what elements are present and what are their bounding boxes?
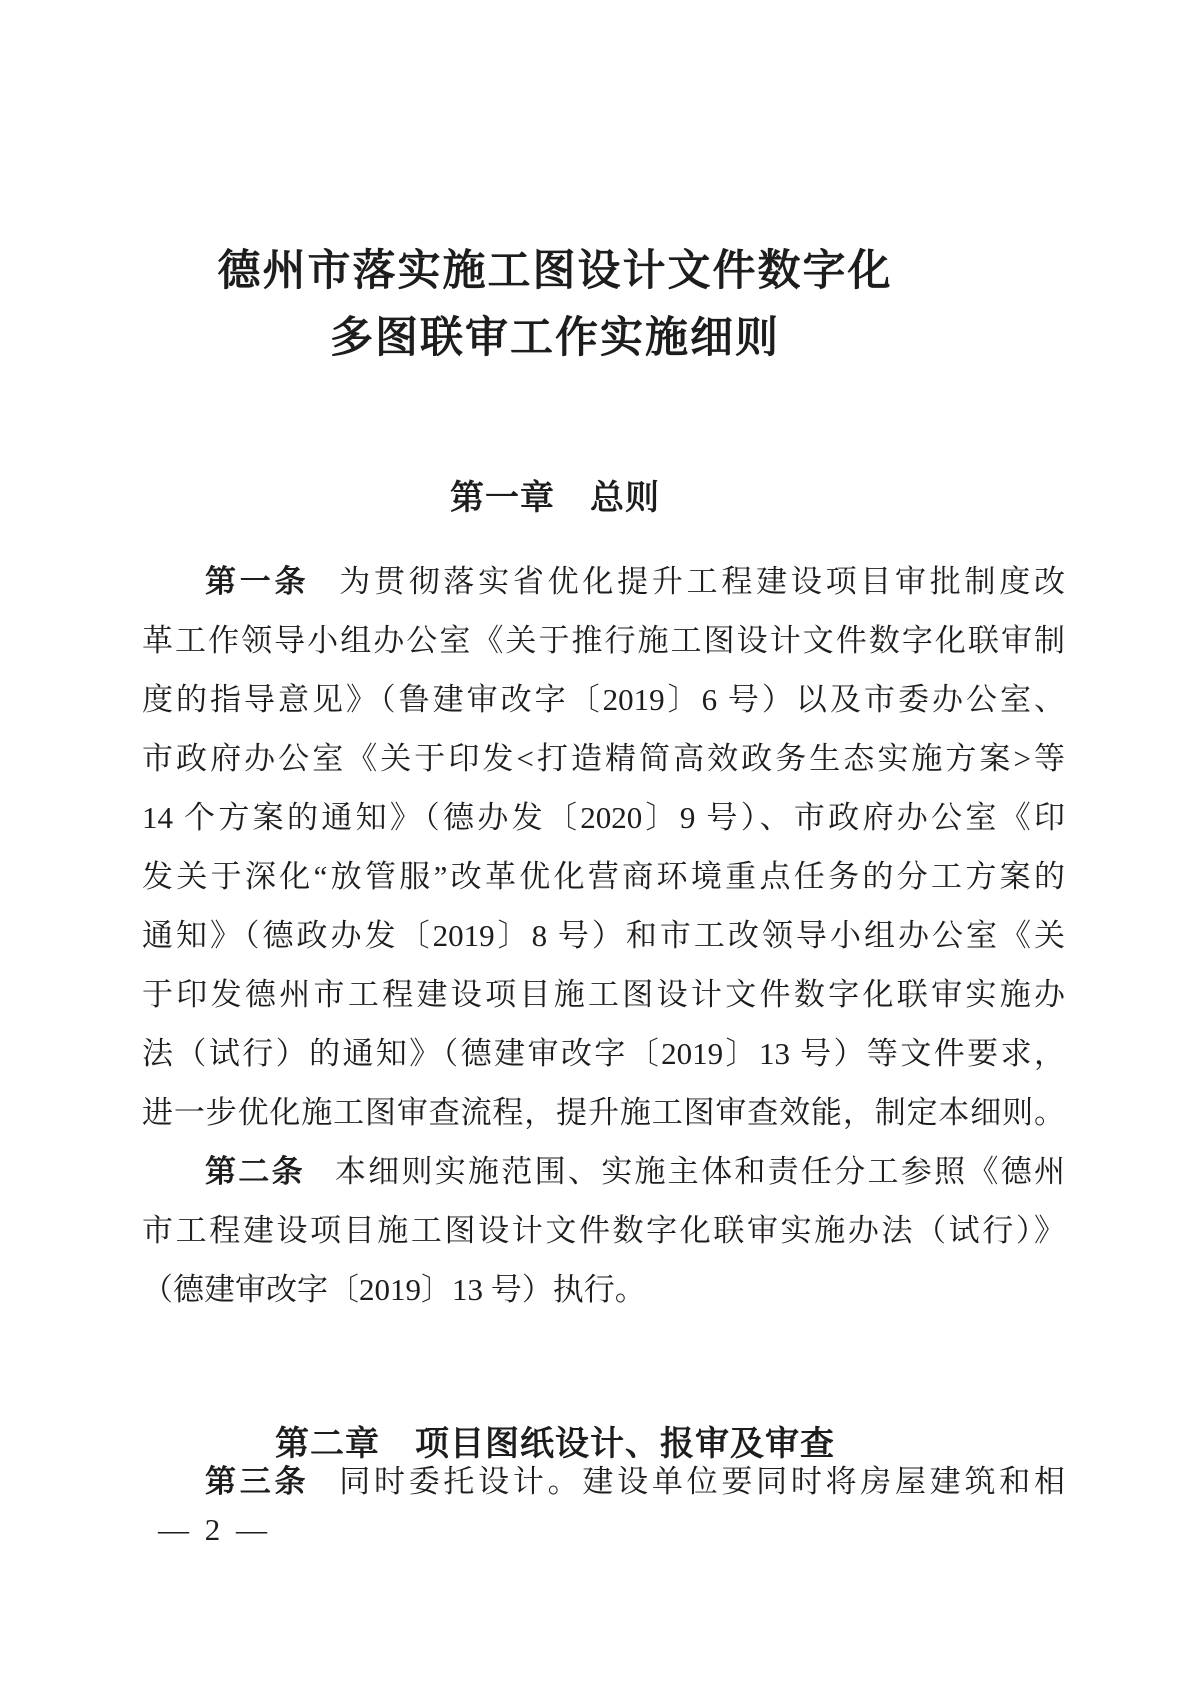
body-line-text: 于印发德州市工程建设项目施工图设计文件数字化联审实施办 (142, 977, 1065, 1012)
page-number: — 2 — (158, 1512, 271, 1548)
body-line-text: 本细则实施范围、实施主体和责任分工参照《德州 (335, 1154, 1065, 1189)
body-line-text: 进一步优化施工图审查流程，提升施工图审查效能，制定本细则。 (142, 1095, 1065, 1130)
body-line: 通知》（德政办发〔2019〕8 号）和市工改领导小组办公室《关 (142, 906, 1065, 965)
article-1-label: 第一条 (205, 564, 309, 599)
body-line-text: （德建审改字〔2019〕13 号）执行。 (142, 1272, 646, 1307)
body-line-text: 市工程建设项目施工图设计文件数字化联审实施办法（试行）》 (142, 1213, 1065, 1248)
body-line-text: 市政府办公室《关于印发<打造精简高效政务生态实施方案>等 (142, 741, 1065, 776)
body-line: 发关于深化“放管服”改革优化营商环境重点任务的分工方案的 (142, 847, 1065, 906)
article-2-label: 第二条 (205, 1154, 305, 1189)
body-line: 度的指导意见》（鲁建审改字〔2019〕6 号）以及市委办公室、 (142, 670, 1065, 729)
body-line-text: 度的指导意见》（鲁建审改字〔2019〕6 号）以及市委办公室、 (142, 682, 1065, 717)
document-title-line-2: 多图联审工作实施细则 (0, 305, 1110, 372)
body-line-text: 同时委托设计。建设单位要同时将房屋建筑和相 (339, 1464, 1065, 1499)
document-title: 德州市落实施工图设计文件数字化 多图联审工作实施细则 (0, 238, 1110, 372)
document-title-line-1: 德州市落实施工图设计文件数字化 (0, 238, 1110, 305)
body-line: 14 个方案的通知》（德办发〔2020〕9 号）、市政府办公室《印 (142, 788, 1065, 847)
body-line-text: 通知》（德政办发〔2019〕8 号）和市工改领导小组办公室《关 (142, 918, 1065, 953)
chapter-1-body: 第一条为贯彻落实省优化提升工程建设项目审批制度改 革工作领导小组办公室《关于推行… (142, 552, 1065, 1319)
body-line: 第二条本细则实施范围、实施主体和责任分工参照《德州 (142, 1142, 1065, 1201)
document-page: 德州市落实施工图设计文件数字化 多图联审工作实施细则 第一章 总则 第一条为贯彻… (0, 0, 1200, 1697)
body-line-text: 为贯彻落实省优化提升工程建设项目审批制度改 (339, 564, 1065, 599)
body-line: 革工作领导小组办公室《关于推行施工图设计文件数字化联审制 (142, 611, 1065, 670)
body-line: 法（试行）的通知》（德建审改字〔2019〕13 号）等文件要求， (142, 1024, 1065, 1083)
body-line-text: 发关于深化“放管服”改革优化营商环境重点任务的分工方案的 (142, 859, 1065, 894)
chapter-1-heading: 第一章 总则 (0, 478, 1110, 518)
body-line: 市工程建设项目施工图设计文件数字化联审实施办法（试行）》 (142, 1201, 1065, 1260)
body-line: （德建审改字〔2019〕13 号）执行。 (142, 1260, 1065, 1319)
chapter-2-body: 第三条同时委托设计。建设单位要同时将房屋建筑和相 (142, 1452, 1065, 1511)
article-3-label: 第三条 (205, 1464, 309, 1499)
body-line-text: 14 个方案的通知》（德办发〔2020〕9 号）、市政府办公室《印 (142, 800, 1065, 835)
body-line-text: 革工作领导小组办公室《关于推行施工图设计文件数字化联审制 (142, 623, 1065, 658)
body-line: 第三条同时委托设计。建设单位要同时将房屋建筑和相 (142, 1452, 1065, 1511)
body-line-text: 法（试行）的通知》（德建审改字〔2019〕13 号）等文件要求， (142, 1036, 1065, 1071)
body-line: 市政府办公室《关于印发<打造精简高效政务生态实施方案>等 (142, 729, 1065, 788)
body-line: 于印发德州市工程建设项目施工图设计文件数字化联审实施办 (142, 965, 1065, 1024)
body-line: 进一步优化施工图审查流程，提升施工图审查效能，制定本细则。 (142, 1083, 1065, 1142)
body-line: 第一条为贯彻落实省优化提升工程建设项目审批制度改 (142, 552, 1065, 611)
